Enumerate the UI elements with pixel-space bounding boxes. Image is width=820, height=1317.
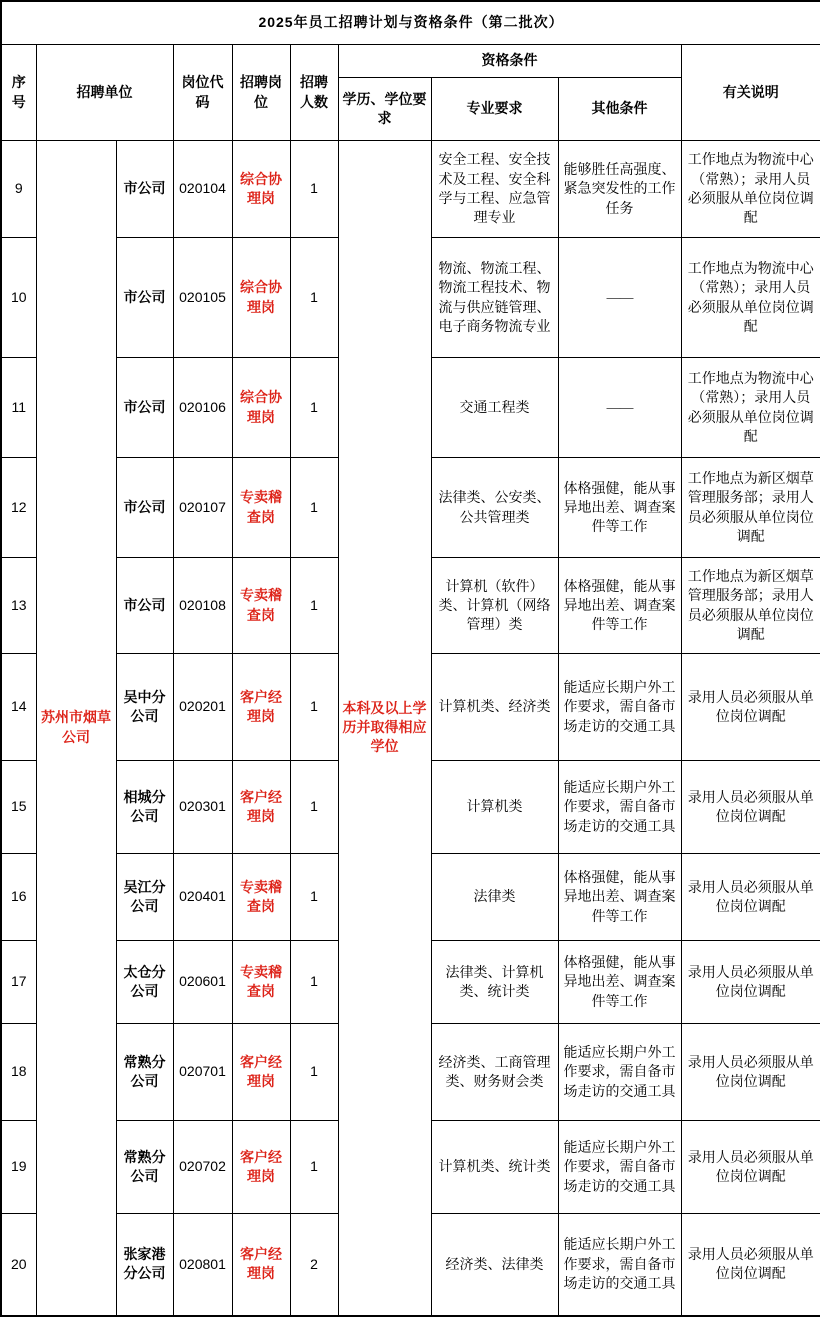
cell-seq: 11 [1,358,36,458]
cell-code: 020108 [173,558,232,654]
cell-other: 能适应长期户外工作要求，需自备市场走访的交通工具 [558,1024,681,1121]
cell-code: 020401 [173,854,232,941]
title-row: 2025年员工招聘计划与资格条件（第二批次） [1,1,820,45]
cell-other: 能适应长期户外工作要求，需自备市场走访的交通工具 [558,654,681,761]
cell-other: 能适应长期户外工作要求，需自备市场走访的交通工具 [558,761,681,854]
cell-seq: 9 [1,141,36,238]
cell-notes: 工作地点为物流中心（常熟）；录用人员必须服从单位岗位调配 [681,141,820,238]
cell-unit: 市公司 [116,458,173,558]
cell-notes: 工作地点为物流中心（常熟）；录用人员必须服从单位岗位调配 [681,358,820,458]
cell-code: 020702 [173,1121,232,1214]
cell-major: 安全工程、安全技术及工程、安全科学与工程、应急管理专业 [431,141,558,238]
cell-count: 1 [290,358,338,458]
cell-other: 体格强健，能从事异地出差、调查案件等工作 [558,458,681,558]
cell-notes: 录用人员必须服从单位岗位调配 [681,1214,820,1316]
table-row: 9苏州市烟草公司市公司020104综合协理岗1本科及以上学历并取得相应学位安全工… [1,141,820,238]
cell-post: 专卖稽查岗 [232,558,290,654]
cell-unit: 太仓分公司 [116,941,173,1024]
header-education: 学历、学位要求 [338,78,431,141]
cell-major: 计算机类、经济类 [431,654,558,761]
header-qualification: 资格条件 [338,45,681,78]
cell-count: 1 [290,1121,338,1214]
cell-seq: 12 [1,458,36,558]
cell-code: 020801 [173,1214,232,1316]
cell-other: 能够胜任高强度、紧急突发性的工作任务 [558,141,681,238]
cell-post: 客户经理岗 [232,1214,290,1316]
cell-notes: 工作地点为新区烟草管理服务部；录用人员必须服从单位岗位调配 [681,558,820,654]
cell-notes: 录用人员必须服从单位岗位调配 [681,941,820,1024]
cell-post: 专卖稽查岗 [232,854,290,941]
cell-notes: 录用人员必须服从单位岗位调配 [681,854,820,941]
cell-post: 综合协理岗 [232,238,290,358]
cell-post: 综合协理岗 [232,358,290,458]
cell-count: 1 [290,238,338,358]
cell-other: —— [558,238,681,358]
header-count: 招聘人数 [290,45,338,141]
cell-post: 客户经理岗 [232,1121,290,1214]
cell-major: 经济类、工商管理类、财务财会类 [431,1024,558,1121]
cell-major: 法律类、公安类、公共管理类 [431,458,558,558]
cell-unit: 市公司 [116,558,173,654]
cell-unit: 市公司 [116,141,173,238]
header-post: 招聘岗位 [232,45,290,141]
cell-unit: 相城分公司 [116,761,173,854]
cell-notes: 工作地点为新区烟草管理服务部；录用人员必须服从单位岗位调配 [681,458,820,558]
recruitment-document: 2025年员工招聘计划与资格条件（第二批次） 序号 招聘单位 岗位代码 招聘岗位… [0,0,820,1317]
cell-code: 020105 [173,238,232,358]
cell-unit: 常熟分公司 [116,1121,173,1214]
cell-other: 能适应长期户外工作要求，需自备市场走访的交通工具 [558,1121,681,1214]
cell-major: 计算机（软件）类、计算机（网络管理）类 [431,558,558,654]
cell-count: 1 [290,761,338,854]
cell-notes: 工作地点为物流中心（常熟）；录用人员必须服从单位岗位调配 [681,238,820,358]
cell-unit: 张家港分公司 [116,1214,173,1316]
cell-unit: 常熟分公司 [116,1024,173,1121]
cell-company-merged: 苏州市烟草公司 [36,141,116,1316]
cell-code: 020601 [173,941,232,1024]
cell-count: 1 [290,654,338,761]
cell-major: 法律类 [431,854,558,941]
header-seq: 序号 [1,45,36,141]
cell-count: 1 [290,141,338,238]
cell-other: 体格强健，能从事异地出差、调查案件等工作 [558,854,681,941]
cell-code: 020701 [173,1024,232,1121]
header-row-1: 序号 招聘单位 岗位代码 招聘岗位 招聘人数 资格条件 有关说明 [1,45,820,78]
header-code: 岗位代码 [173,45,232,141]
cell-notes: 录用人员必须服从单位岗位调配 [681,654,820,761]
cell-code: 020104 [173,141,232,238]
cell-notes: 录用人员必须服从单位岗位调配 [681,1024,820,1121]
cell-education-merged: 本科及以上学历并取得相应学位 [338,141,431,1316]
cell-post: 综合协理岗 [232,141,290,238]
cell-other: 能适应长期户外工作要求，需自备市场走访的交通工具 [558,1214,681,1316]
header-other: 其他条件 [558,78,681,141]
page-title: 2025年员工招聘计划与资格条件（第二批次） [1,1,820,45]
cell-unit: 市公司 [116,238,173,358]
cell-major: 计算机类 [431,761,558,854]
cell-major: 交通工程类 [431,358,558,458]
cell-count: 1 [290,854,338,941]
cell-code: 020106 [173,358,232,458]
cell-unit: 市公司 [116,358,173,458]
cell-seq: 19 [1,1121,36,1214]
cell-unit: 吴江分公司 [116,854,173,941]
cell-seq: 10 [1,238,36,358]
header-unit: 招聘单位 [36,45,173,141]
cell-major: 计算机类、统计类 [431,1121,558,1214]
header-major: 专业要求 [431,78,558,141]
cell-seq: 14 [1,654,36,761]
cell-count: 1 [290,941,338,1024]
cell-code: 020301 [173,761,232,854]
cell-post: 客户经理岗 [232,1024,290,1121]
table-body: 9苏州市烟草公司市公司020104综合协理岗1本科及以上学历并取得相应学位安全工… [1,141,820,1316]
cell-major: 经济类、法律类 [431,1214,558,1316]
cell-seq: 20 [1,1214,36,1316]
cell-post: 专卖稽查岗 [232,458,290,558]
cell-notes: 录用人员必须服从单位岗位调配 [681,1121,820,1214]
cell-count: 2 [290,1214,338,1316]
cell-other: 体格强健，能从事异地出差、调查案件等工作 [558,558,681,654]
cell-seq: 18 [1,1024,36,1121]
header-notes: 有关说明 [681,45,820,141]
cell-major: 物流、物流工程、物流工程技术、物流与供应链管理、电子商务物流专业 [431,238,558,358]
recruitment-table: 2025年员工招聘计划与资格条件（第二批次） 序号 招聘单位 岗位代码 招聘岗位… [0,0,820,1317]
cell-seq: 13 [1,558,36,654]
cell-other: 体格强健，能从事异地出差、调查案件等工作 [558,941,681,1024]
cell-count: 1 [290,1024,338,1121]
cell-other: —— [558,358,681,458]
cell-post: 客户经理岗 [232,761,290,854]
cell-seq: 17 [1,941,36,1024]
cell-major: 法律类、计算机类、统计类 [431,941,558,1024]
cell-count: 1 [290,558,338,654]
cell-notes: 录用人员必须服从单位岗位调配 [681,761,820,854]
cell-seq: 16 [1,854,36,941]
cell-count: 1 [290,458,338,558]
cell-seq: 15 [1,761,36,854]
cell-post: 客户经理岗 [232,654,290,761]
cell-code: 020107 [173,458,232,558]
cell-unit: 吴中分公司 [116,654,173,761]
cell-code: 020201 [173,654,232,761]
cell-post: 专卖稽查岗 [232,941,290,1024]
